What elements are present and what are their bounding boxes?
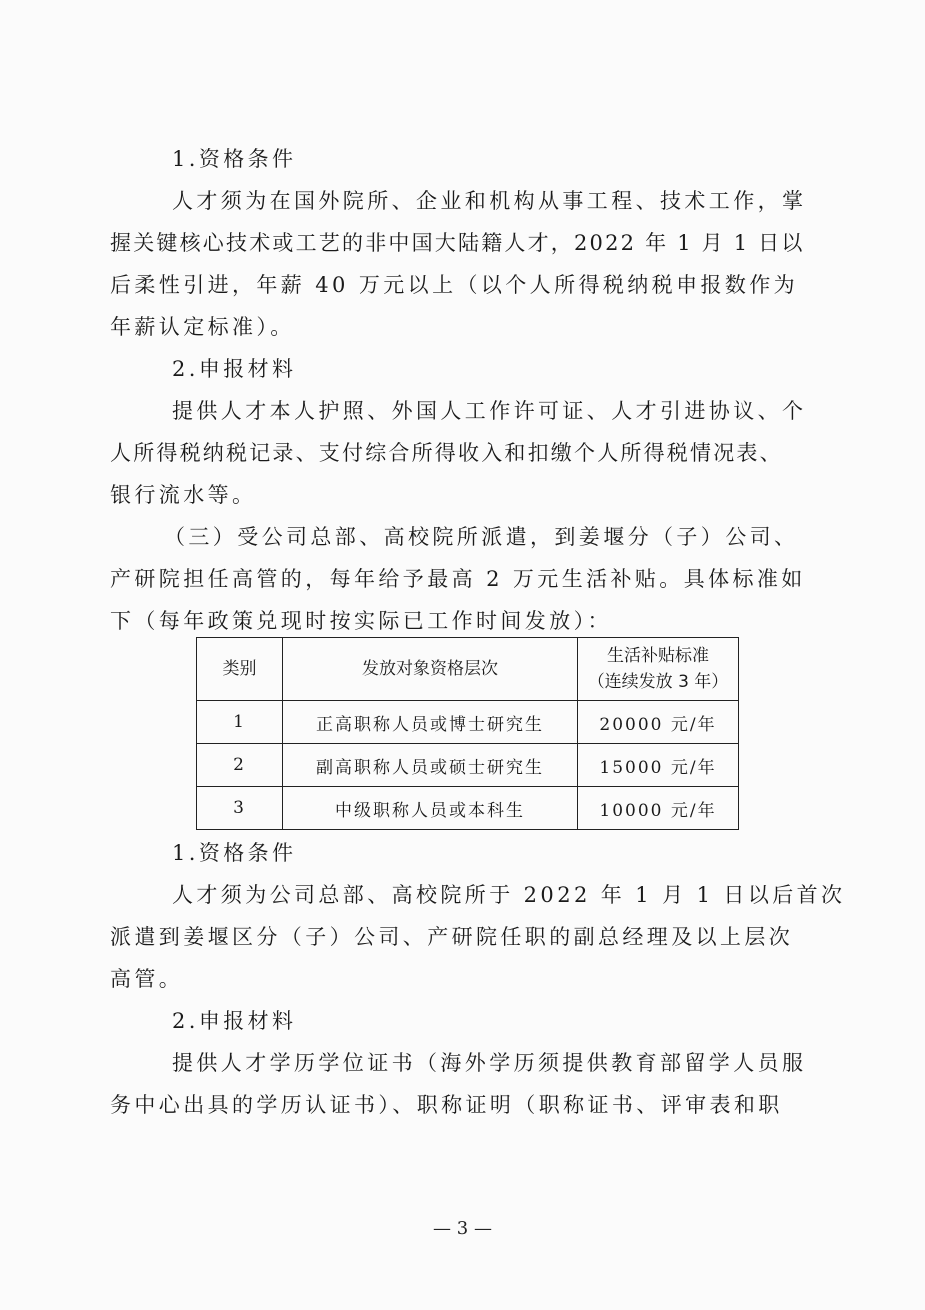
heading-qualification-a: 1.资格条件 <box>172 144 892 174</box>
paragraph-line: 下（每年政策兑现时按实际已工作时间发放）： <box>110 606 830 636</box>
paragraph-line: 务中心出具的学历认证书）、职称证明（职称证书、评审表和职 <box>110 1090 830 1120</box>
paragraph-line: 人才须为在国外院所、企业和机构从事工程、技术工作，掌 <box>172 186 892 216</box>
paragraph-line: 提供人才本人护照、外国人工作许可证、人才引进协议、个 <box>172 396 892 426</box>
header-category: 类别 <box>197 638 283 701</box>
paragraph-line: 提供人才学历学位证书（海外学历须提供教育部留学人员服 <box>172 1048 892 1078</box>
paragraph-line: 派遣到姜堰区分（子）公司、产研院任职的副总经理及以上层次 <box>110 922 830 952</box>
cell-level: 中级职称人员或本科生 <box>283 787 578 830</box>
cell-category: 3 <box>197 787 283 830</box>
cell-amount: 20000 元/年 <box>578 701 739 744</box>
document-page: 1.资格条件 人才须为在国外院所、企业和机构从事工程、技术工作，掌 握关键核心技… <box>0 0 925 1310</box>
cell-level: 正高职称人员或博士研究生 <box>283 701 578 744</box>
header-level: 发放对象资格层次 <box>283 638 578 701</box>
subsidy-table: 类别 发放对象资格层次 生活补贴标准 （连续发放 3 年） 1 正高职称人员或博… <box>196 637 739 830</box>
heading-materials-a: 2.申报材料 <box>172 354 892 384</box>
cell-amount: 15000 元/年 <box>578 744 739 787</box>
header-amount-line2: （连续发放 3 年） <box>578 669 738 695</box>
cell-amount: 10000 元/年 <box>578 787 739 830</box>
cell-level: 副高职称人员或硕士研究生 <box>283 744 578 787</box>
cell-category: 2 <box>197 744 283 787</box>
header-amount-line1: 生活补贴标准 <box>578 643 738 669</box>
table-row: 2 副高职称人员或硕士研究生 15000 元/年 <box>197 744 739 787</box>
table-row: 3 中级职称人员或本科生 10000 元/年 <box>197 787 739 830</box>
heading-qualification-b: 1.资格条件 <box>172 838 892 868</box>
paragraph-line: 握关键核心技术或工艺的非中国大陆籍人才，2022 年 1 月 1 日以 <box>110 228 830 258</box>
paragraph-line: 年薪认定标准）。 <box>110 312 830 342</box>
paragraph-line: 后柔性引进，年薪 40 万元以上（以个人所得税纳税申报数作为 <box>110 270 830 300</box>
header-amount: 生活补贴标准 （连续发放 3 年） <box>578 638 739 701</box>
paragraph-line: 产研院担任高管的，每年给予最高 2 万元生活补贴。具体标准如 <box>110 564 830 594</box>
table-header-row: 类别 发放对象资格层次 生活补贴标准 （连续发放 3 年） <box>197 638 739 701</box>
heading-materials-b: 2.申报材料 <box>172 1006 892 1036</box>
paragraph-line: 高管。 <box>110 964 830 994</box>
cell-category: 1 <box>197 701 283 744</box>
table-row: 1 正高职称人员或博士研究生 20000 元/年 <box>197 701 739 744</box>
paragraph-line: 人所得税纳税记录、支付综合所得收入和扣缴个人所得税情况表、 <box>110 438 830 468</box>
paragraph-line: 银行流水等。 <box>110 480 830 510</box>
page-number: — 3 — <box>0 1218 925 1239</box>
section-three-intro: （三）受公司总部、高校院所派遣，到姜堰分（子）公司、 <box>164 522 884 552</box>
paragraph-line: 人才须为公司总部、高校院所于 2022 年 1 月 1 日以后首次 <box>172 880 892 910</box>
